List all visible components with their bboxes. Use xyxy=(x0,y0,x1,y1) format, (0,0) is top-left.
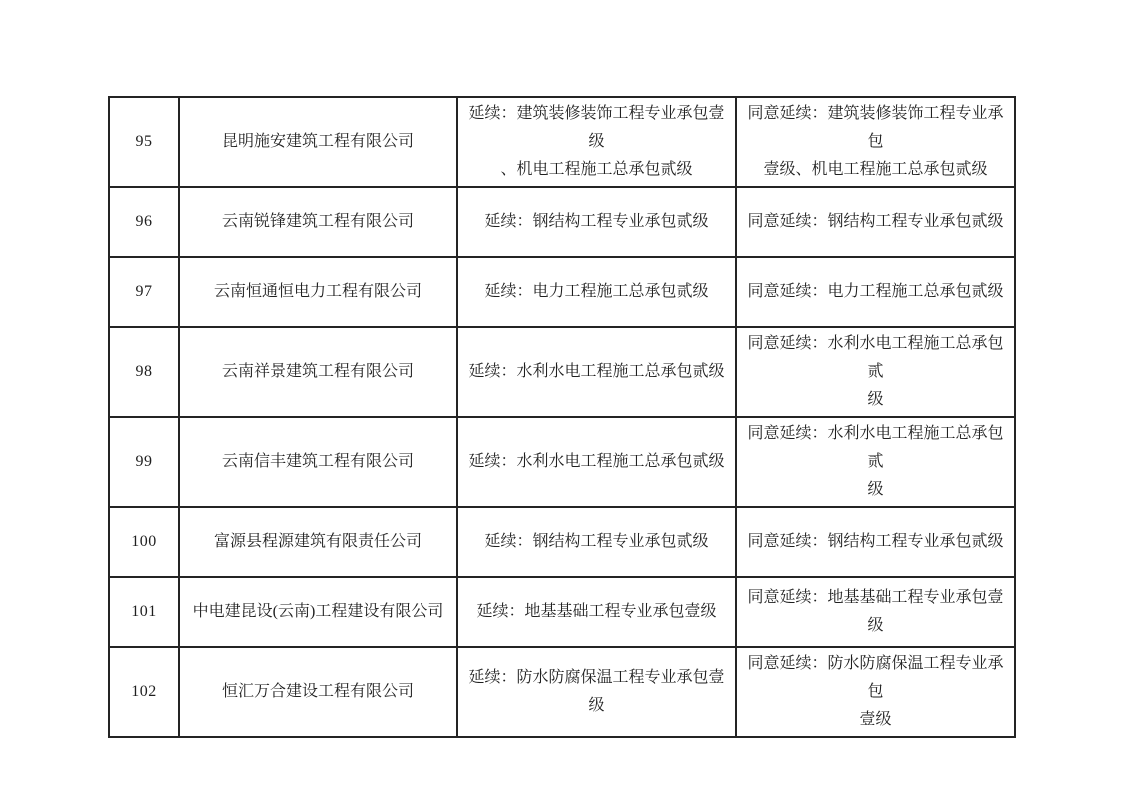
row-number-cell: 98 xyxy=(109,327,179,417)
company-cell: 云南恒通恒电力工程有限公司 xyxy=(179,257,457,327)
row-number-cell: 101 xyxy=(109,577,179,647)
table-row: 99 云南信丰建筑工程有限公司 延续：水利水电工程施工总承包贰级 同意延续：水利… xyxy=(109,417,1015,507)
decision-cell: 同意延续：水利水电工程施工总承包贰 级 xyxy=(736,327,1015,417)
decision-cell: 同意延续：电力工程施工总承包贰级 xyxy=(736,257,1015,327)
table-row: 98 云南祥景建筑工程有限公司 延续：水利水电工程施工总承包贰级 同意延续：水利… xyxy=(109,327,1015,417)
request-cell: 延续：建筑装修装饰工程专业承包壹级 、机电工程施工总承包贰级 xyxy=(457,97,736,187)
table-row: 97 云南恒通恒电力工程有限公司 延续：电力工程施工总承包贰级 同意延续：电力工… xyxy=(109,257,1015,327)
request-cell: 延续：钢结构工程专业承包贰级 xyxy=(457,507,736,577)
request-cell: 延续：防水防腐保温工程专业承包壹级 xyxy=(457,647,736,737)
approval-table: 95 昆明施安建筑工程有限公司 延续：建筑装修装饰工程专业承包壹级 、机电工程施… xyxy=(108,96,1016,738)
row-number-cell: 100 xyxy=(109,507,179,577)
request-cell: 延续：水利水电工程施工总承包贰级 xyxy=(457,417,736,507)
table-row: 101 中电建昆设(云南)工程建设有限公司 延续：地基基础工程专业承包壹级 同意… xyxy=(109,577,1015,647)
request-cell: 延续：地基基础工程专业承包壹级 xyxy=(457,577,736,647)
table-row: 102 恒汇万合建设工程有限公司 延续：防水防腐保温工程专业承包壹级 同意延续：… xyxy=(109,647,1015,737)
row-number-cell: 96 xyxy=(109,187,179,257)
row-number-cell: 97 xyxy=(109,257,179,327)
row-number-cell: 95 xyxy=(109,97,179,187)
decision-cell: 同意延续：地基基础工程专业承包壹级 xyxy=(736,577,1015,647)
company-cell: 富源县程源建筑有限责任公司 xyxy=(179,507,457,577)
company-cell: 云南信丰建筑工程有限公司 xyxy=(179,417,457,507)
request-cell: 延续：水利水电工程施工总承包贰级 xyxy=(457,327,736,417)
decision-cell: 同意延续：建筑装修装饰工程专业承包 壹级、机电工程施工总承包贰级 xyxy=(736,97,1015,187)
row-number-cell: 99 xyxy=(109,417,179,507)
decision-cell: 同意延续：钢结构工程专业承包贰级 xyxy=(736,507,1015,577)
company-cell: 中电建昆设(云南)工程建设有限公司 xyxy=(179,577,457,647)
table-row: 95 昆明施安建筑工程有限公司 延续：建筑装修装饰工程专业承包壹级 、机电工程施… xyxy=(109,97,1015,187)
table-row: 96 云南锐锋建筑工程有限公司 延续：钢结构工程专业承包贰级 同意延续：钢结构工… xyxy=(109,187,1015,257)
row-number-cell: 102 xyxy=(109,647,179,737)
decision-cell: 同意延续：水利水电工程施工总承包贰 级 xyxy=(736,417,1015,507)
decision-cell: 同意延续：防水防腐保温工程专业承包 壹级 xyxy=(736,647,1015,737)
document-page: 95 昆明施安建筑工程有限公司 延续：建筑装修装饰工程专业承包壹级 、机电工程施… xyxy=(0,0,1122,793)
company-cell: 昆明施安建筑工程有限公司 xyxy=(179,97,457,187)
decision-cell: 同意延续：钢结构工程专业承包贰级 xyxy=(736,187,1015,257)
table-row: 100 富源县程源建筑有限责任公司 延续：钢结构工程专业承包贰级 同意延续：钢结… xyxy=(109,507,1015,577)
request-cell: 延续：电力工程施工总承包贰级 xyxy=(457,257,736,327)
company-cell: 云南锐锋建筑工程有限公司 xyxy=(179,187,457,257)
company-cell: 恒汇万合建设工程有限公司 xyxy=(179,647,457,737)
request-cell: 延续：钢结构工程专业承包贰级 xyxy=(457,187,736,257)
company-cell: 云南祥景建筑工程有限公司 xyxy=(179,327,457,417)
